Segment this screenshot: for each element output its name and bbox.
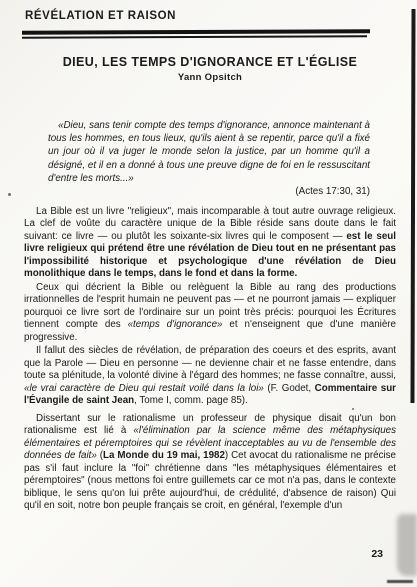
paragraph-segment: La Bible est un livre "religieux", mais …	[24, 206, 396, 242]
running-header: RÉVÉLATION ET RAISON	[25, 10, 396, 22]
paragraph-segment: «le vrai caractère de Dieu qui restait v…	[24, 383, 264, 394]
scripture-quote: «Dieu, sans tenir compte des temps d'ign…	[48, 119, 370, 185]
paragraph: Dissertant sur le rationalisme un profes…	[24, 413, 396, 513]
scripture-citation: (Actes 17:30, 31)	[24, 185, 370, 199]
header-rule-thick-line	[22, 29, 370, 35]
scan-smudge-artifact	[397, 514, 417, 576]
article-title: DIEU, LES TEMPS D'IGNORANCE ET L'ÉGLISE	[24, 55, 396, 69]
paragraph: La Bible est un livre "religieux", mais …	[24, 206, 396, 281]
paragraph-segment: (F. Godet,	[264, 383, 315, 394]
article-body: La Bible est un livre "religieux", mais …	[24, 206, 396, 513]
paragraph: Il fallut des siècles de révélation, de …	[24, 345, 396, 408]
header-rule-thin-line	[22, 35, 367, 39]
paragraph-segment: La Monde du 19 mai, 1982	[103, 450, 225, 461]
scan-corner-mark-artifact	[387, 580, 413, 583]
paragraph: Ceux qui décrient la Bible ou relèguent …	[24, 282, 396, 345]
paragraph-segment: , Tome I, comm. page 85).	[134, 395, 248, 406]
scan-edge-bar-artifact	[410, 9, 415, 403]
header-rule	[22, 29, 370, 39]
scan-speck	[8, 193, 11, 196]
page-content: RÉVÉLATION ET RAISON DIEU, LES TEMPS D'I…	[24, 0, 396, 513]
paragraph-segment: Il fallut des siècles de révélation, de …	[24, 345, 396, 381]
scan-speck	[352, 408, 354, 410]
paragraph-segment: «temps d'ignorance»	[128, 319, 223, 330]
page-number: 23	[371, 548, 383, 560]
article-byline: Yann Opsitch	[24, 72, 396, 83]
